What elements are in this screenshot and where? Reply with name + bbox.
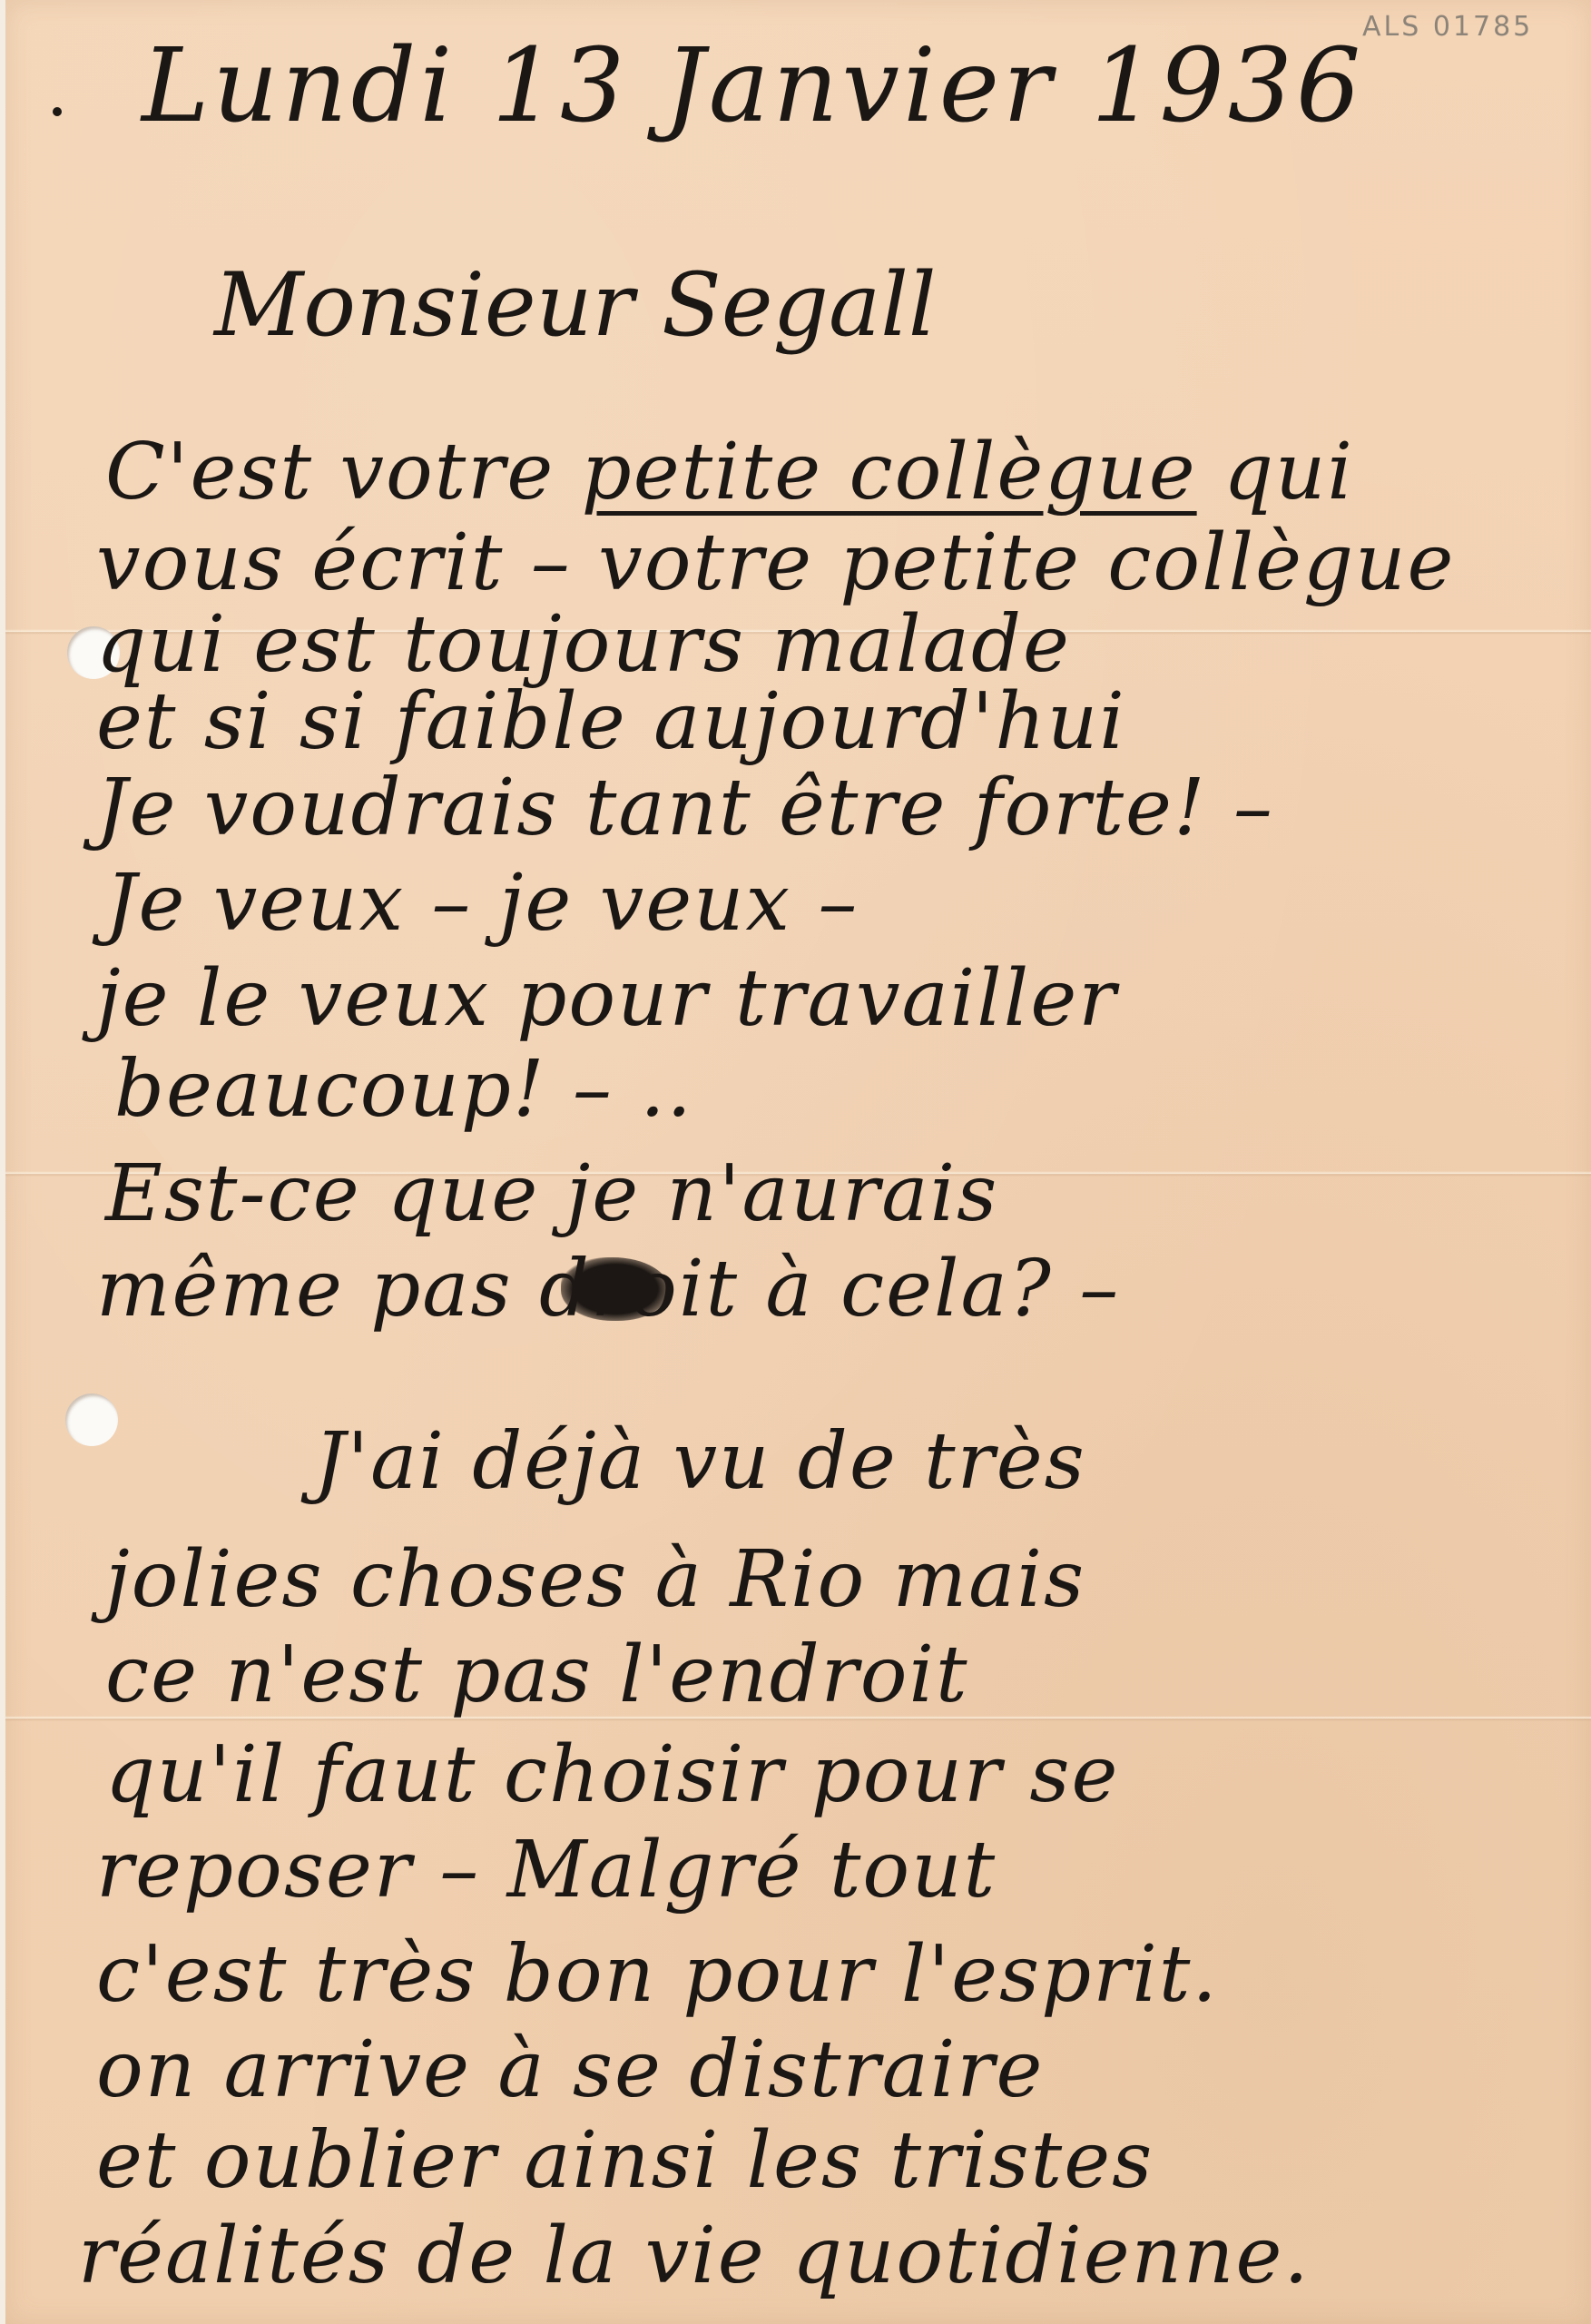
body-line: et oublier ainsi les tristes — [96, 2115, 1154, 2206]
body-line-pre: C'est votre — [105, 427, 582, 517]
underlined-phrase: petite collègue — [582, 427, 1197, 517]
body-line: je le veux pour travailler — [96, 953, 1117, 1044]
body-line: Je veux – je veux – — [105, 858, 859, 949]
body-line: on arrive à se distraire — [96, 2024, 1044, 2115]
body-line: Est-ce que je n'aurais — [105, 1148, 998, 1239]
body-line: c'est très bon pour l'esprit. — [96, 1929, 1219, 2020]
body-line: Je voudrais tant être forte! – — [96, 763, 1274, 853]
ink-blot — [561, 1257, 670, 1321]
punch-hole — [65, 1393, 118, 1446]
body-line: qu'il faut choisir pour se — [105, 1729, 1119, 1820]
ink-dot — [53, 107, 62, 116]
date-line: Lundi 13 Janvier 1936 — [142, 27, 1364, 145]
body-line: reposer – Malgré tout — [96, 1825, 997, 1915]
body-line: et si si faible aujourd'hui — [96, 676, 1126, 767]
body-line: jolies choses à Rio mais — [105, 1534, 1085, 1625]
body-line: vous écrit – votre petite collègue — [96, 517, 1455, 608]
body-line: C'est votre petite collègue qui — [105, 427, 1354, 517]
salutation: Monsieur Segall — [214, 254, 937, 356]
catalog-number: ALS 01785 — [1362, 11, 1533, 43]
body-line: réalités de la vie quotidienne. — [78, 2211, 1311, 2301]
body-line-post: qui — [1197, 427, 1354, 517]
body-line: J'ai déjà vu de très — [314, 1416, 1086, 1507]
body-line: beaucoup! – .. — [114, 1044, 693, 1135]
letter-page: ALS 01785 Lundi 13 Janvier 1936 Monsieur… — [5, 0, 1591, 2324]
body-line: ce n'est pas l'endroit — [105, 1630, 969, 1720]
